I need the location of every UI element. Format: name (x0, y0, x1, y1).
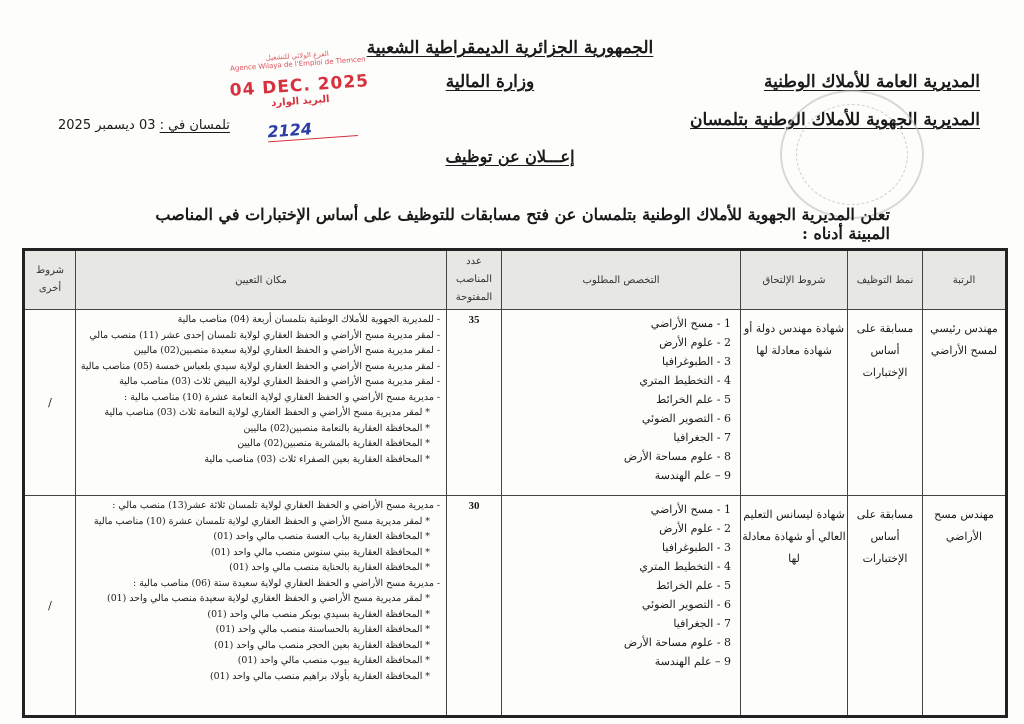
table-header-row: الرتبة نمط التوظيف شروط الإلتحاق التخصص … (24, 250, 1007, 310)
table-row: مهندس رئيسي لمسح الأراضي مسابقة على أساس… (24, 310, 1007, 496)
specialty-item: 5 - علم الخرائط (503, 390, 739, 409)
place-subitem: * لمقر مديرية مسح الأراضي و الحفظ العقار… (80, 514, 440, 530)
mode-cell: مسابقة على أساس الإختبارات (848, 310, 923, 496)
specialty-item: 8 - علوم مساحة الأرض (503, 633, 739, 652)
place-item: - مديرية مسح الأراضي و الحفظ العقاري لول… (80, 576, 440, 592)
general-directorate: المديرية العامة للأملاك الوطنية (764, 72, 980, 92)
announcement-title: إعـــلان عن توظيف (420, 147, 600, 166)
place-item: - مديرية مسح الأراضي و الحفظ العقاري لول… (80, 390, 440, 406)
specialty-item: 6 - التصوير الضوئي (503, 409, 739, 428)
stamp-number: 2124 (267, 116, 358, 142)
place-cell: - مديرية مسح الأراضي و الحفظ العقاري لول… (76, 496, 447, 717)
other-conditions-cell: / (24, 310, 76, 496)
col-place: مكان التعيين (76, 250, 447, 310)
place-item: - لمقر مديرية مسح الأراضي و الحفظ العقار… (80, 328, 440, 344)
specialty-item: 4 - التخطيط المتري (503, 371, 739, 390)
col-other: شروط أخرى (24, 250, 76, 310)
place-subitem: * المحافظة العقارية بالحناية منصب مالي و… (80, 560, 440, 576)
specialty-item: 1 - مسح الأراضي (503, 500, 739, 519)
other-conditions-cell: / (24, 496, 76, 717)
specialty-item: 2 - علوم الأرض (503, 519, 739, 538)
place-subitem: * المحافظة العقارية بالمشرية منصبين(02) … (80, 436, 440, 452)
document-date: تلمسان في : 03 ديسمبر 2025 (58, 118, 230, 133)
place-subitem: * المحافظة العقارية بيوب منصب مالي واحد … (80, 653, 440, 669)
place-item: - مديرية مسح الأراضي و الحفظ العقاري لول… (80, 498, 440, 514)
specialty-item: 6 - التصوير الضوئي (503, 595, 739, 614)
specialty-item: 7 - الجغرافيا (503, 428, 739, 447)
specialty-item: 8 - علوم مساحة الأرض (503, 447, 739, 466)
place-subitem: * المحافظة العقارية بعين الصفراء ثلاث (0… (80, 452, 440, 468)
place-item: - للمديرية الجهوية للأملاك الوطنية بتلمس… (80, 312, 440, 328)
place-subitem: * لمقر مديرية مسح الأراضي و الحفظ العقار… (80, 405, 440, 421)
specialty-item: 5 - علم الخرائط (503, 576, 739, 595)
col-count: عدد المناصب المفتوحة (447, 250, 502, 310)
specialty-item: 4 - التخطيط المتري (503, 557, 739, 576)
rank-cell: مهندس مسح الأراضي (923, 496, 1007, 717)
rank-cell: مهندس رئيسي لمسح الأراضي (923, 310, 1007, 496)
place-subitem: * المحافظة العقارية بالحساسنة منصب مالي … (80, 622, 440, 638)
col-rank: الرتبة (923, 250, 1007, 310)
table-row: مهندس مسح الأراضي مسابقة على أساس الإختب… (24, 496, 1007, 717)
place-subitem: * المحافظة العقارية بعين الحجر منصب مالي… (80, 638, 440, 654)
ministry-title: وزارة المالية (420, 72, 560, 92)
place-subitem: * المحافظة العقارية بباب العسة منصب مالي… (80, 529, 440, 545)
place-subitem: * المحافظة العقارية بأولاد براهيم منصب م… (80, 669, 440, 685)
specialty-item: 1 - مسح الأراضي (503, 314, 739, 333)
col-specialty: التخصص المطلوب (502, 250, 741, 310)
conditions-cell: شهادة مهندس دولة أو شهادة معادلة لها (741, 310, 848, 496)
place-subitem: * المحافظة العقارية بسيدي بوبكر منصب مال… (80, 607, 440, 623)
republic-title: الجمهورية الجزائرية الديمقراطية الشعبية (360, 38, 660, 58)
specialty-item: 7 - الجغرافيا (503, 614, 739, 633)
specialty-item: 9 – علم الهندسة (503, 466, 739, 485)
col-conditions: شروط الإلتحاق (741, 250, 848, 310)
place-item: - لمقر مديرية مسح الأراضي و الحفظ العقار… (80, 343, 440, 359)
specialty-item: 2 - علوم الأرض (503, 333, 739, 352)
reception-stamp: الفرع الولائي للتشغيل Agence Wilaya de l… (222, 47, 378, 143)
specialty-cell: 1 - مسح الأراضي 2 - علوم الأرض 3 - الطبو… (502, 310, 741, 496)
col-mode: نمط التوظيف (848, 250, 923, 310)
place-item: - لمقر مديرية مسح الأراضي و الحفظ العقار… (80, 374, 440, 390)
count-cell: 30 (447, 496, 502, 717)
date-value: 03 ديسمبر 2025 (58, 118, 156, 133)
mode-cell: مسابقة على أساس الإختبارات (848, 496, 923, 717)
conditions-cell: شهادة ليسانس التعليم العالي أو شهادة معا… (741, 496, 848, 717)
specialty-item: 3 - الطبوغرافيا (503, 352, 739, 371)
place-subitem: * لمقر مديرية مسح الأراضي و الحفظ العقار… (80, 591, 440, 607)
official-seal-icon (780, 90, 924, 219)
place-subitem: * المحافظة العقارية بالنعامة منصبين(02) … (80, 421, 440, 437)
place-subitem: * المحافظة العقارية ببني سنوس منصب مالي … (80, 545, 440, 561)
place-cell: - للمديرية الجهوية للأملاك الوطنية بتلمس… (76, 310, 447, 496)
specialty-item: 3 - الطبوغرافيا (503, 538, 739, 557)
count-cell: 35 (447, 310, 502, 496)
specialty-item: 9 – علم الهندسة (503, 652, 739, 671)
announcement-intro: تعلن المديرية الجهوية للأملاك الوطنية بت… (130, 205, 890, 243)
specialty-cell: 1 - مسح الأراضي 2 - علوم الأرض 3 - الطبو… (502, 496, 741, 717)
place-item: - لمقر مديرية مسح الأراضي و الحفظ العقار… (80, 359, 440, 375)
date-label: تلمسان في : (160, 118, 230, 133)
positions-table: الرتبة نمط التوظيف شروط الإلتحاق التخصص … (22, 248, 1008, 718)
